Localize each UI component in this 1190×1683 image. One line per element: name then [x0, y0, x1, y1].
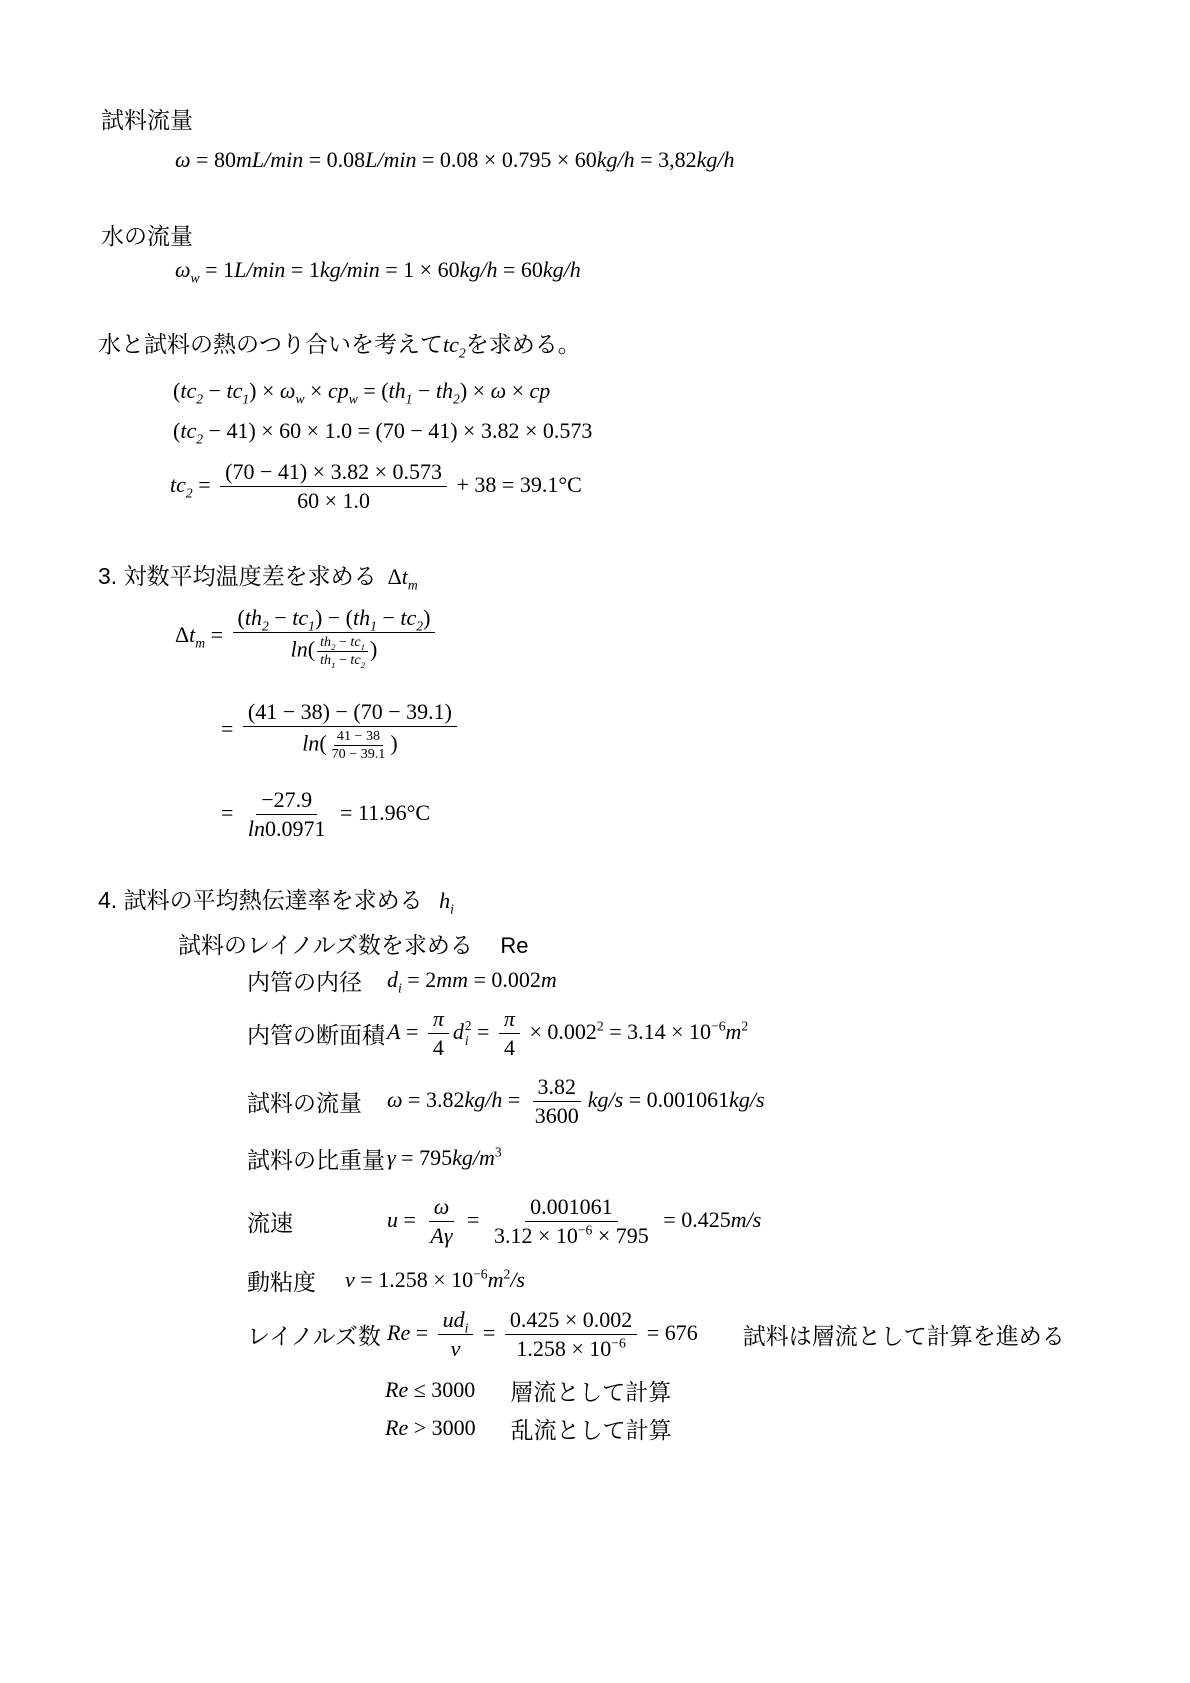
fraction-numerator: th2 − tc1	[317, 634, 368, 652]
math-token: )	[370, 637, 377, 662]
math-token: ω	[387, 1087, 403, 1112]
math-token: ≤	[408, 1377, 431, 1402]
math-token: =	[398, 1207, 421, 1232]
math-token: −27.9	[261, 787, 312, 812]
math-token: 0.08 × 0.795 × 60	[440, 147, 597, 172]
math-token: ln	[302, 731, 319, 756]
math-token: mm	[436, 967, 468, 992]
heading-heat-balance: 水と試料の熱のつり合いを考えてtc2を求める。	[98, 330, 581, 360]
math-token: ω	[175, 257, 191, 282]
math-token: −	[269, 605, 292, 630]
math-token: ) ×	[460, 378, 491, 403]
row-reynolds-number: レイノルズ数 Re = udiν = 0.425 × 0.0021.258 × …	[247, 1306, 1065, 1364]
fraction-denominator: 4	[428, 1034, 449, 1062]
japanese-text: 3. 対数平均温度差を求める	[98, 563, 377, 589]
math-token: 70 − 39.1	[332, 746, 386, 762]
subscript: 1	[370, 618, 377, 633]
math-token: π	[504, 1006, 515, 1031]
math-token: th	[320, 634, 331, 650]
math-token: 0.0971	[265, 816, 326, 841]
math-token: 3600	[535, 1103, 579, 1128]
math-token: 3,82	[658, 147, 697, 172]
fraction-denominator: 60 × 1.0	[292, 487, 375, 515]
fraction-numerator: (41 − 38) − (70 − 39.1)	[243, 698, 457, 727]
superscript: 2	[741, 1019, 748, 1034]
condition-turbulent: Re > 3000 乱流として計算	[385, 1412, 672, 1445]
fraction-numerator: udi	[438, 1306, 474, 1335]
fraction-denominator: th1 − tc2	[317, 652, 368, 669]
math-token: th	[320, 652, 331, 668]
math-token: >	[408, 1415, 431, 1440]
fraction: (41 − 38) − (70 − 39.1)ln(41 − 3870 − 39…	[243, 698, 457, 764]
math-token: ν	[451, 1336, 461, 1361]
math-token: ω	[434, 1194, 450, 1219]
fraction: π4	[428, 1005, 449, 1063]
math-token: π	[433, 1006, 444, 1031]
math-token: 3.82	[426, 1087, 465, 1112]
math-token: 0.425	[681, 1207, 731, 1232]
row-formula: ω = 3.82kg/h = 3.823600kg/s = 0.001061kg…	[387, 1073, 765, 1131]
fraction-numerator: 0.001061	[525, 1193, 618, 1222]
math-token: tc	[443, 332, 459, 357]
math-token: ) ×	[249, 378, 280, 403]
math-token: h	[439, 888, 450, 913]
subscript: 2	[186, 485, 193, 500]
math-token: ) − (	[315, 605, 353, 630]
math-token: =	[477, 1320, 500, 1345]
math-token: 1 × 60	[403, 257, 459, 282]
math-token: + 38 = 39.1°C	[451, 472, 582, 497]
fraction-denominator: 1.258 × 10−6	[511, 1335, 630, 1363]
math-token: m	[726, 1019, 742, 1044]
math-token: Re	[385, 1415, 408, 1440]
fraction: udiν	[438, 1306, 474, 1364]
math-token: −	[412, 378, 435, 403]
math-token: (	[238, 605, 245, 630]
math-token: ×	[305, 378, 328, 403]
math-token: tc	[226, 378, 242, 403]
math-token	[377, 564, 388, 589]
math-token: =	[355, 1267, 378, 1292]
math-token: th	[353, 605, 370, 630]
row-formula: γ = 795kg/m3	[387, 1144, 502, 1173]
row-sample-flow-rate: 試料の流量 ω = 3.82kg/h = 3.823600kg/s = 0.00…	[247, 1073, 765, 1131]
fraction: 0.0010613.12 × 10−6 × 795	[489, 1193, 654, 1251]
fraction-denominator: 70 − 39.1	[329, 746, 389, 763]
fraction-numerator: 41 − 38	[334, 728, 383, 746]
math-token: 795	[419, 1145, 452, 1170]
row-label: 内管の断面積	[247, 1017, 387, 1050]
math-token: =	[191, 147, 214, 172]
subscript: w	[191, 270, 200, 285]
math-token: 0.002	[491, 967, 541, 992]
math-token: 676	[665, 1320, 698, 1345]
math-token: =	[658, 1207, 681, 1232]
formula-sample-flow-rate: ω = 80mL/min = 0.08L/min = 0.08 × 0.795 …	[175, 146, 734, 175]
superscript: −6	[711, 1019, 726, 1034]
fraction: 3.823600	[530, 1073, 584, 1131]
fraction: th2 − tc1th1 − tc2	[317, 634, 368, 669]
condition-note: 層流として計算	[510, 1374, 671, 1407]
math-token: =	[221, 800, 239, 825]
formula-lmtd-symbolic: Δtm = (th2 − tc1) − (th1 − tc2)ln(th2 − …	[175, 604, 439, 670]
fraction: π4	[499, 1005, 520, 1063]
math-token: Re	[385, 1377, 408, 1402]
row-kinematic-viscosity: 動粘度 ν = 1.258 × 10−6m2/s	[247, 1264, 525, 1297]
math-token	[473, 933, 501, 958]
math-token: m	[541, 967, 557, 992]
fraction: (70 − 41) × 3.82 × 0.57360 × 1.0	[220, 458, 447, 516]
math-token: kg/s	[588, 1087, 623, 1112]
math-token: =	[402, 967, 425, 992]
row-sample-specific-weight: 試料の比重量 γ = 795kg/m3	[247, 1142, 502, 1175]
math-token: −	[203, 378, 226, 403]
math-token: 60	[521, 257, 543, 282]
math-token: kg/min	[320, 257, 380, 282]
fraction-numerator: (70 − 41) × 3.82 × 0.573	[220, 458, 447, 487]
row-formula: A = π4d2i = π4 × 0.0022 = 3.14 × 10−6m2	[387, 1005, 748, 1063]
math-token: −	[335, 652, 350, 668]
subscript: 2	[453, 391, 460, 406]
row-flow-velocity: 流速 u = ωAγ = 0.0010613.12 × 10−6 × 795 =…	[247, 1193, 761, 1251]
laminar-flow-note: 試料は層流として計算を進める	[743, 1318, 1065, 1351]
heading-water-flow-rate: 水の流量	[101, 222, 193, 251]
math-token: =	[303, 147, 326, 172]
math-token: 4	[433, 1035, 444, 1060]
japanese-text: 4. 試料の平均熱伝達率を求める	[98, 887, 423, 913]
row-label: 試料の流量	[247, 1085, 387, 1118]
subscript: 1	[361, 642, 365, 652]
math-token: th	[389, 378, 406, 403]
math-token: − 41) × 60 × 1.0 = (70 − 41) × 3.82 × 0.…	[203, 418, 592, 443]
math-token: mL/min	[236, 147, 303, 172]
row-label: 流速	[247, 1205, 387, 1238]
math-token: /s	[510, 1267, 525, 1292]
math-token: 4	[504, 1035, 515, 1060]
math-token: 3.82	[538, 1074, 577, 1099]
math-token: cp	[530, 378, 551, 403]
math-token: ω	[491, 378, 507, 403]
math-token: 3.12 × 10	[494, 1223, 578, 1248]
japanese-text: を求める。	[466, 331, 581, 357]
math-token: ×	[506, 378, 529, 403]
fraction-numerator: ω	[429, 1193, 455, 1222]
subscript: 2	[262, 618, 269, 633]
formula-heat-balance-numeric: (tc2 − 41) × 60 × 1.0 = (70 − 41) × 3.82…	[173, 417, 592, 446]
row-formula: di = 2mm = 0.002m	[387, 966, 557, 995]
math-token: =	[417, 147, 440, 172]
math-token: cp	[328, 378, 349, 403]
row-formula: ν = 1.258 × 10−6m2/s	[345, 1266, 525, 1295]
math-token: ln	[248, 816, 265, 841]
math-token: =	[623, 1087, 646, 1112]
subscript: m	[408, 577, 418, 592]
math-token: =	[193, 472, 216, 497]
row-inner-tube-diameter: 内管の内径 di = 2mm = 0.002m	[247, 964, 557, 997]
math-token: u	[387, 1207, 398, 1232]
math-token: Δ	[175, 622, 189, 647]
math-token: =	[472, 1019, 495, 1044]
condition-note: 乱流として計算	[511, 1412, 672, 1445]
superscript: −6	[611, 1336, 626, 1351]
fraction-numerator: π	[499, 1005, 520, 1034]
math-token: (	[308, 637, 315, 662]
math-token: 0.001061	[530, 1194, 613, 1219]
math-token: d	[387, 967, 398, 992]
subscript: w	[349, 391, 358, 406]
math-token: kg/h	[460, 257, 498, 282]
row-label: 内管の内径	[247, 964, 387, 997]
math-token: ω	[280, 378, 296, 403]
fraction-denominator: ln(41 − 3870 − 39.1)	[297, 727, 402, 764]
math-token: kg/h	[464, 1087, 502, 1112]
fraction-denominator: 3.12 × 10−6 × 795	[489, 1222, 654, 1250]
formula-tc2-result: tc2 = (70 − 41) × 3.82 × 0.57360 × 1.0 +…	[170, 458, 582, 516]
math-token: Aγ	[430, 1223, 452, 1248]
math-token: tc	[292, 605, 308, 630]
math-token: 3000	[432, 1415, 476, 1440]
math-token: ν	[345, 1267, 355, 1292]
formula-water-flow-rate: ωw = 1L/min = 1kg/min = 1 × 60kg/h = 60k…	[175, 256, 581, 285]
document-page: 試料流量 ω = 80mL/min = 0.08L/min = 0.08 × 0…	[0, 0, 1190, 1683]
fraction: (th2 − tc1) − (th1 − tc2)ln(th2 − tc1th1…	[233, 604, 436, 670]
heading-log-mean-temp-difference: 3. 対数平均温度差を求める Δtm	[98, 562, 418, 592]
math-token: −	[335, 634, 350, 650]
math-token: th	[436, 378, 453, 403]
math-token: =	[200, 257, 223, 282]
fraction-denominator: ν	[446, 1335, 466, 1363]
math-token: (	[319, 731, 326, 756]
math-token: =	[497, 257, 520, 282]
heading-sample-flow-rate: 試料流量	[101, 106, 193, 135]
subscript: i	[465, 1034, 472, 1049]
subscript: i	[465, 1320, 469, 1335]
fraction-denominator: ln(th2 − tc1th1 − tc2)	[286, 633, 383, 670]
math-token	[423, 888, 440, 913]
math-token: 80	[214, 147, 236, 172]
math-token: kg/h	[697, 147, 735, 172]
math-token: =	[205, 622, 228, 647]
math-token: )	[423, 605, 430, 630]
row-formula: u = ωAγ = 0.0010613.12 × 10−6 × 795 = 0.…	[387, 1193, 761, 1251]
math-token: 41 − 38	[337, 728, 380, 744]
math-token: =	[380, 257, 403, 282]
math-token: =	[641, 1320, 664, 1345]
math-token: −	[377, 605, 400, 630]
math-token: Re	[500, 933, 528, 958]
fraction: 0.425 × 0.0021.258 × 10−6	[505, 1306, 637, 1364]
math-token: 0.425 × 0.002	[510, 1307, 632, 1332]
math-token: L/min	[365, 147, 416, 172]
math-token: (70 − 41) × 3.82 × 0.573	[225, 459, 442, 484]
formula-heat-balance-symbolic: (tc2 − tc1) × ωw × cpw = (th1 − th2) × ω…	[173, 377, 550, 406]
heading-mean-heat-transfer-coefficient: 4. 試料の平均熱伝達率を求める hi	[98, 886, 454, 916]
superscript: 2	[465, 1019, 472, 1034]
subscript: i	[450, 901, 454, 916]
fraction-numerator: (th2 − tc1) − (th1 − tc2)	[233, 604, 436, 633]
row-formula: Re = udiν = 0.425 × 0.0021.258 × 10−6 = …	[387, 1306, 698, 1364]
formula-lmtd-result: = −27.9ln0.0971 = 11.96°C	[221, 786, 430, 844]
subscript: 2	[196, 431, 203, 446]
math-token: =	[502, 1087, 525, 1112]
fraction: −27.9ln0.0971	[243, 786, 331, 844]
math-token: 1	[223, 257, 234, 282]
math-token: =	[221, 716, 239, 741]
math-token: 1	[309, 257, 320, 282]
math-token: kg/h	[543, 257, 581, 282]
subscript: w	[295, 391, 304, 406]
math-token: kg/s	[729, 1087, 764, 1112]
row-inner-tube-cross-section: 内管の断面積 A = π4d2i = π4 × 0.0022 = 3.14 × …	[247, 1005, 748, 1063]
math-token: 60 × 1.0	[297, 488, 370, 513]
japanese-text: 水と試料の熱のつり合いを考えて	[98, 331, 443, 357]
superscript: 3	[495, 1145, 502, 1160]
math-token: L/min	[234, 257, 285, 282]
math-token: =	[400, 1019, 423, 1044]
math-token: ω	[175, 147, 191, 172]
math-token: kg/m	[452, 1145, 495, 1170]
math-token: tc	[400, 605, 416, 630]
math-token: 3000	[431, 1377, 475, 1402]
math-token: )	[390, 731, 397, 756]
fraction-denominator: ln0.0971	[243, 815, 331, 843]
math-token: tc	[170, 472, 186, 497]
math-token: m/s	[731, 1207, 762, 1232]
math-token: =	[396, 1145, 419, 1170]
sub-sup-stack: 2i	[465, 1019, 472, 1048]
fraction: ωAγ	[425, 1193, 457, 1251]
condition-expression: Re > 3000	[385, 1414, 476, 1443]
row-label: レイノルズ数	[247, 1318, 387, 1351]
math-token: =	[285, 257, 308, 282]
math-token: th	[245, 605, 262, 630]
condition-laminar: Re ≤ 3000 層流として計算	[385, 1374, 671, 1407]
math-token: d	[453, 1019, 464, 1044]
fraction-numerator: π	[428, 1005, 449, 1034]
row-label: 動粘度	[247, 1264, 345, 1297]
math-token: m	[488, 1267, 504, 1292]
math-token: 1.258 × 10	[516, 1336, 611, 1361]
math-token: γ	[387, 1145, 396, 1170]
subscript: 2	[459, 345, 466, 360]
superscript: −6	[473, 1267, 488, 1282]
math-token: (41 − 38) − (70 − 39.1)	[248, 699, 452, 724]
superscript: 2	[597, 1019, 604, 1034]
math-token: =	[403, 1087, 426, 1112]
fraction-numerator: −27.9	[256, 786, 317, 815]
math-token: × 0.002	[524, 1019, 597, 1044]
subscript: 2	[361, 660, 365, 670]
math-token: =	[635, 147, 658, 172]
math-token: = 11.96°C	[335, 800, 431, 825]
subheading-reynolds-number: 試料のレイノルズ数を求める Re	[178, 931, 529, 961]
math-token: Δ	[388, 564, 402, 589]
fraction: 41 − 3870 − 39.1	[329, 728, 389, 763]
math-token: A	[387, 1019, 400, 1044]
japanese-text: 試料のレイノルズ数を求める	[178, 932, 473, 958]
math-token: ln	[291, 637, 308, 662]
condition-expression: Re ≤ 3000	[385, 1376, 475, 1405]
base-with-sub-sup: d2i	[453, 1019, 472, 1044]
fraction-denominator: Aγ	[425, 1222, 457, 1250]
math-token: ud	[443, 1307, 465, 1332]
math-token: =	[462, 1207, 485, 1232]
math-token: =	[410, 1320, 433, 1345]
subscript: 1	[308, 618, 315, 633]
superscript: −6	[578, 1223, 593, 1238]
subscript: m	[195, 636, 205, 651]
fraction-denominator: 3600	[530, 1102, 584, 1130]
math-token: 0.08	[327, 147, 366, 172]
math-token: tc	[180, 418, 196, 443]
math-token: = 3.14 × 10	[604, 1019, 711, 1044]
math-token: 1.258 × 10	[378, 1267, 473, 1292]
math-token: kg/h	[597, 147, 635, 172]
subscript: 2	[196, 391, 203, 406]
formula-lmtd-numeric: = (41 − 38) − (70 − 39.1)ln(41 − 3870 − …	[221, 698, 461, 764]
fraction-denominator: 4	[499, 1034, 520, 1062]
math-token: =	[468, 967, 491, 992]
math-token: tc	[350, 634, 360, 650]
math-token: Re	[387, 1320, 410, 1345]
fraction-numerator: 3.82	[533, 1073, 582, 1102]
row-label: 試料の比重量	[247, 1142, 387, 1175]
math-token: tc	[180, 378, 196, 403]
math-token: 0.001061	[647, 1087, 730, 1112]
math-token: × 795	[592, 1223, 648, 1248]
math-token: = (	[358, 378, 389, 403]
fraction-numerator: 0.425 × 0.002	[505, 1306, 637, 1335]
math-token: tc	[350, 652, 360, 668]
math-token: 2	[425, 967, 436, 992]
